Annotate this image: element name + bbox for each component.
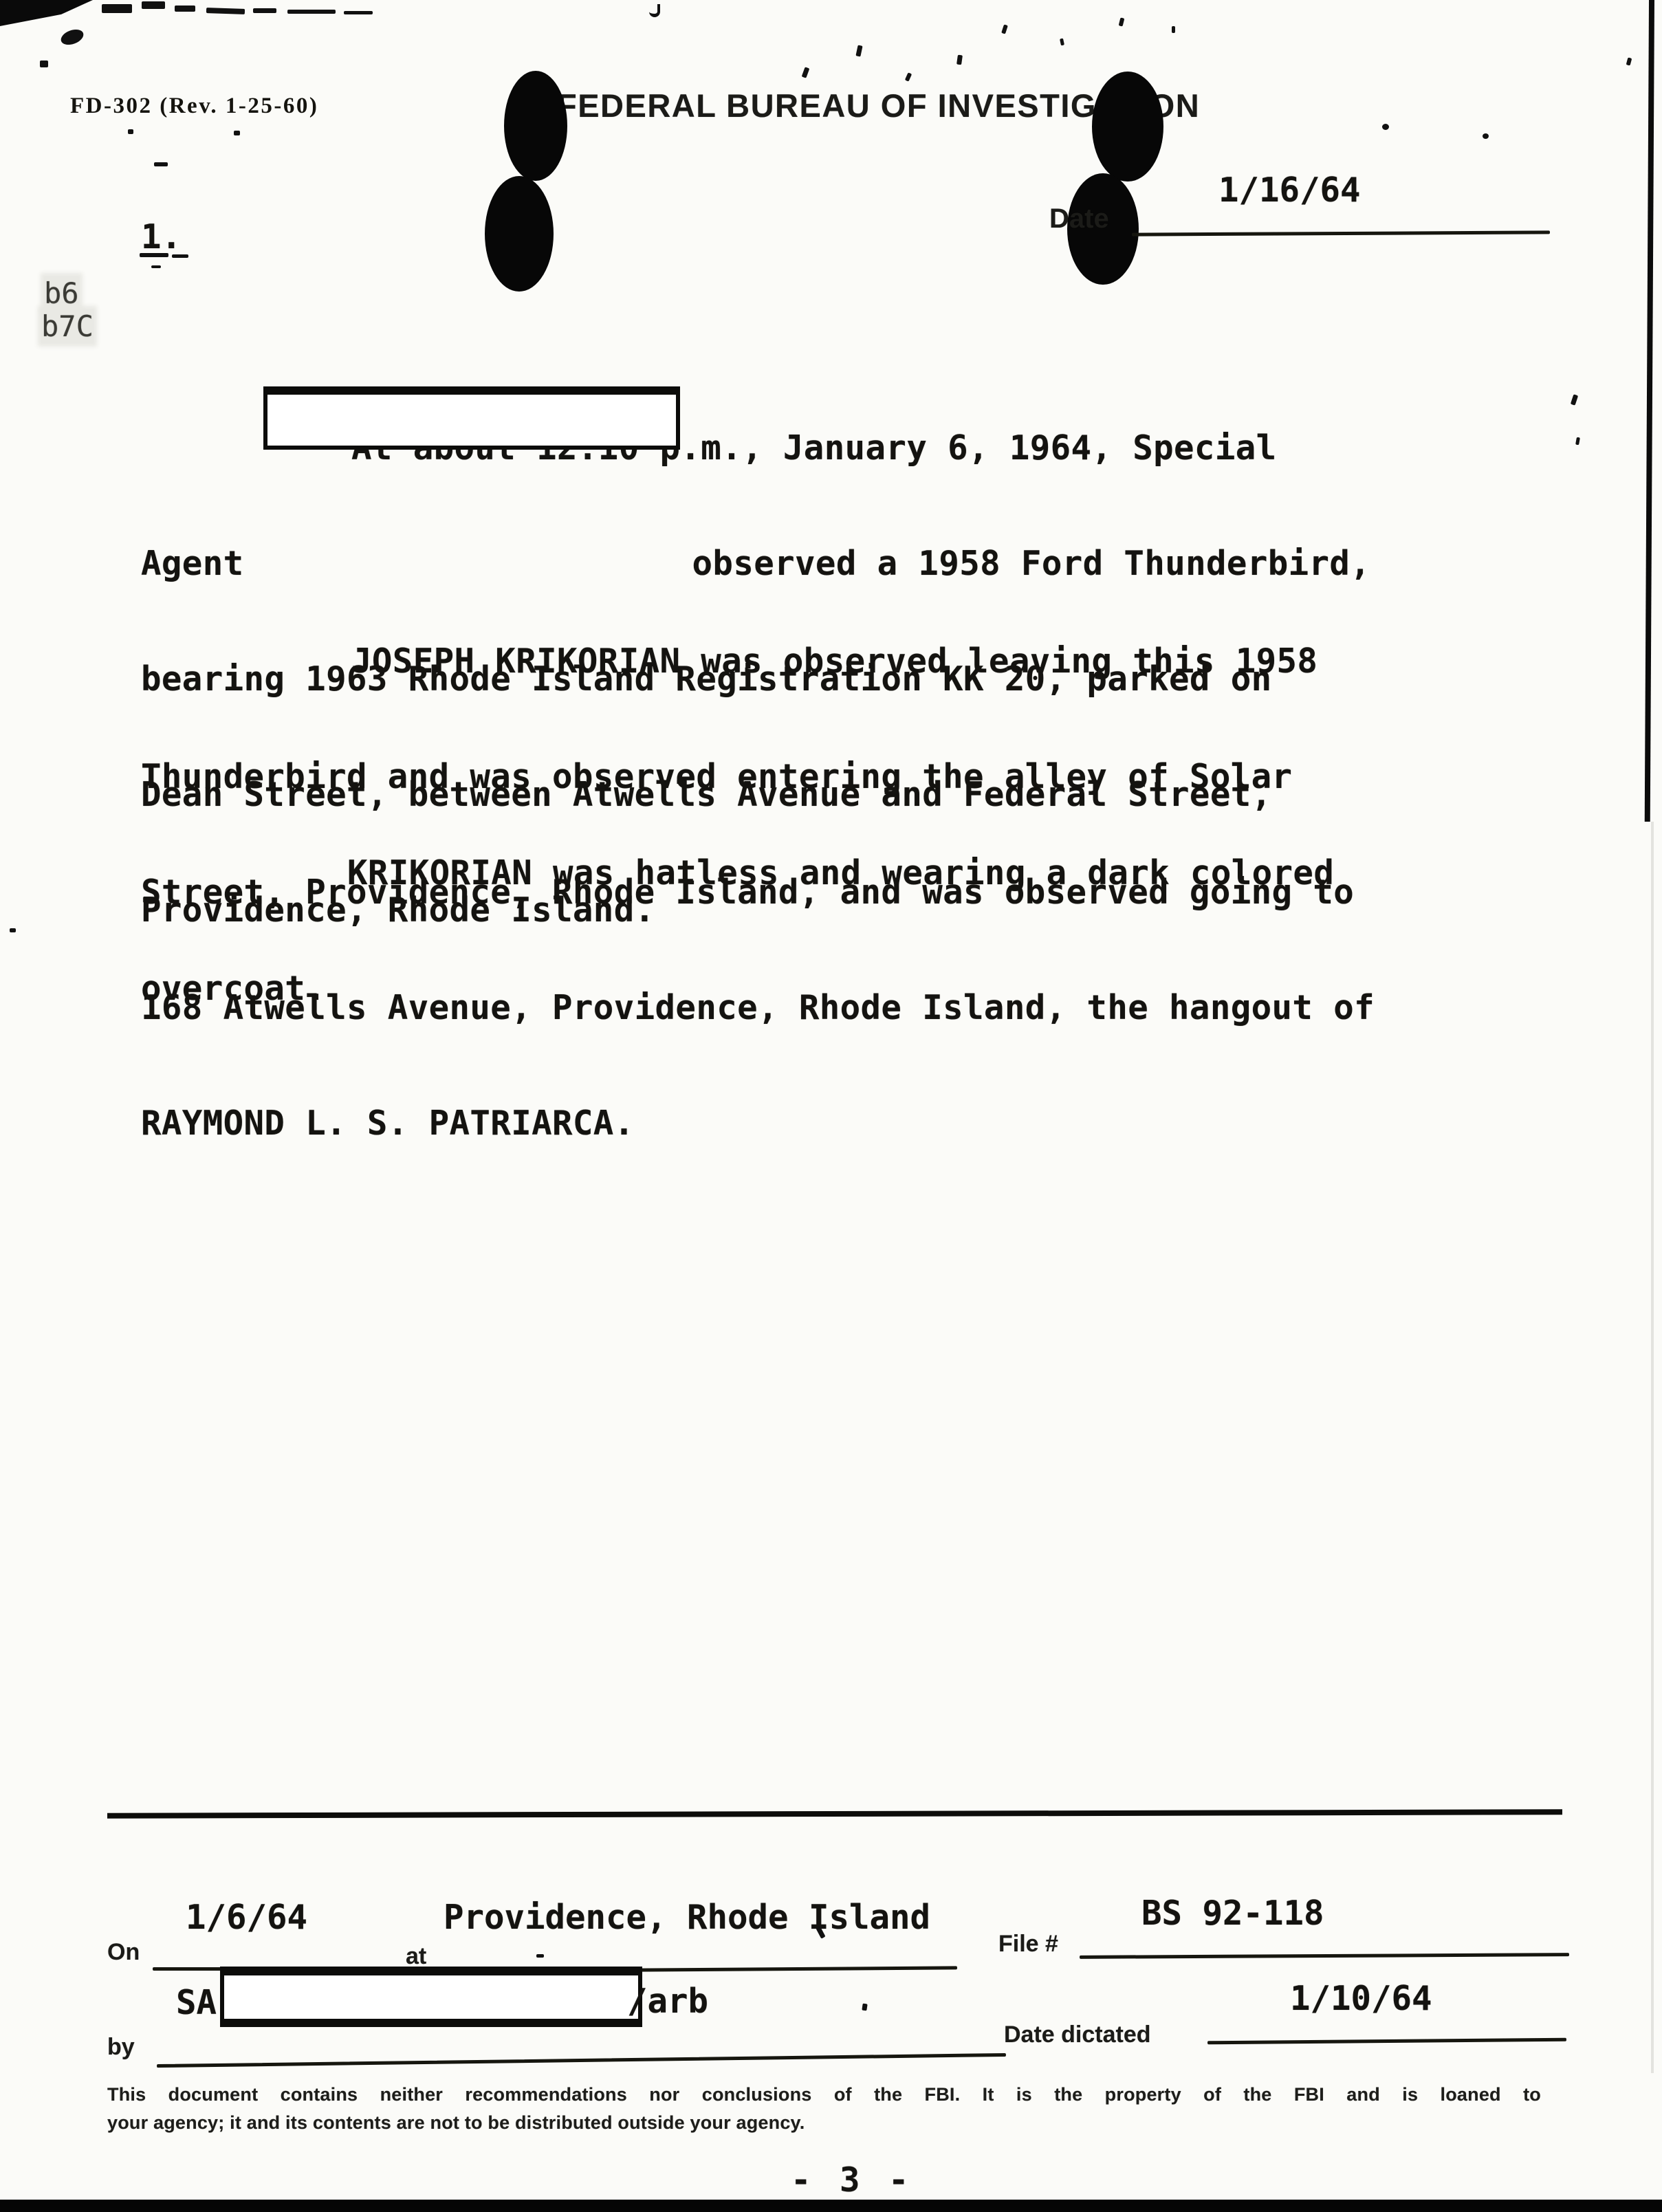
scan-mark [142, 1, 165, 9]
scan-mark [905, 72, 912, 81]
page-marker-underline [172, 254, 188, 258]
scan-mark [1119, 17, 1125, 26]
date-dictated-underline [1207, 2038, 1566, 2045]
scan-mark [1060, 39, 1064, 46]
body-line: RAYMOND L. S. PATRIARCA. [141, 1104, 1375, 1143]
scan-mark [536, 1954, 544, 1958]
scan-mark [855, 45, 862, 56]
disclaimer-line-2: your agency; it and its contents are not… [107, 2109, 1541, 2137]
fd302-document-page: FD-302 (Rev. 1-25-60) FEDERAL BUREAU OF … [0, 0, 1662, 2212]
scan-mark [206, 8, 245, 14]
date-value: 1/16/64 [1218, 171, 1361, 210]
scan-mark [1001, 24, 1008, 34]
disclaimer: This document contains neither recommend… [107, 2081, 1541, 2137]
body-line: overcoat. [141, 970, 1334, 1008]
redaction-blot-icon [485, 176, 554, 292]
date-dictated-value: 1/10/64 [1290, 1979, 1432, 2018]
exemption-code-b6: b6 [44, 276, 79, 310]
scan-mark [154, 162, 168, 166]
redaction-box [220, 1967, 642, 2027]
scan-mark [287, 10, 336, 14]
scan-mark [175, 6, 195, 12]
file-underline [1080, 1953, 1569, 1959]
redaction-blot-icon [1092, 72, 1163, 182]
scan-mark [40, 61, 48, 67]
scan-mark [649, 4, 660, 17]
scan-mark [253, 8, 276, 13]
by-underline [157, 2053, 1006, 2068]
scan-mark [128, 129, 133, 134]
disclaimer-line-1: This document contains neither recommend… [107, 2081, 1541, 2109]
scan-mark [956, 55, 963, 65]
on-label: On [107, 1939, 140, 1966]
scan-mark [344, 11, 373, 14]
scan-mark [1483, 133, 1489, 139]
file-number-label: File # [998, 1931, 1058, 1958]
scan-mark [1382, 124, 1389, 130]
scan-bottom-bar [0, 2200, 1662, 2212]
scan-edge-line [1645, 0, 1654, 822]
scan-mark [1575, 437, 1580, 446]
scan-mark [1626, 57, 1632, 65]
footer-rule [107, 1809, 1562, 1819]
body-line: JOSEPH KRIKORIAN was observed leaving th… [141, 642, 1375, 681]
page-marker-underline [151, 265, 161, 268]
by-label: by [107, 2034, 135, 2061]
paragraph-3: KRIKORIAN was hatless and wearing a dark… [141, 777, 1334, 1085]
date-label: Date [1049, 204, 1109, 234]
form-number: FD-302 (Rev. 1-25-60) [70, 94, 318, 119]
sa-prefix: SA [176, 1983, 217, 2022]
scan-mark [802, 67, 810, 78]
file-number-value: BS 92-118 [1141, 1894, 1324, 1933]
date-underline [1132, 230, 1550, 236]
page-number: - 3 - [791, 2160, 913, 2200]
scan-corner-artifact [0, 0, 93, 26]
page-marker-underline [140, 253, 168, 257]
redaction-box [263, 386, 680, 450]
scan-mark [59, 27, 86, 47]
scan-mark [1172, 26, 1175, 33]
scan-mark [10, 928, 16, 932]
location-value: Providence, Rhode Island [444, 1898, 930, 1937]
exemption-code-b7c: b7C [41, 309, 94, 343]
scan-mark [1571, 394, 1578, 405]
page-marker: 1. [141, 217, 182, 256]
scan-mark [862, 2004, 867, 2011]
date-dictated-label: Date dictated [1004, 2022, 1151, 2048]
on-date-value: 1/6/64 [186, 1898, 307, 1937]
body-line: KRIKORIAN was hatless and wearing a dark… [141, 854, 1334, 893]
scan-edge-line-faint [1651, 822, 1654, 2073]
scan-mark [102, 4, 132, 13]
scan-mark [234, 131, 240, 135]
redaction-blot-icon [504, 71, 567, 181]
typist-initials: /arb [627, 1982, 708, 2021]
